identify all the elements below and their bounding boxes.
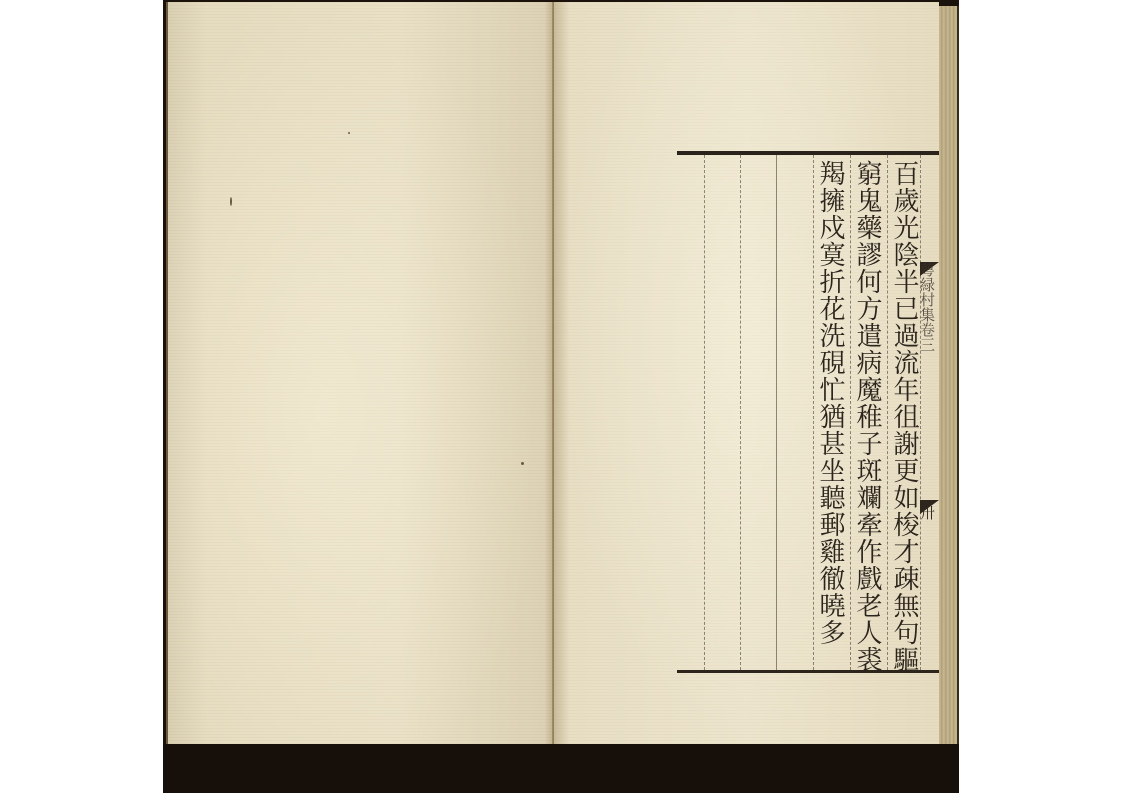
- text-column-2: 窮鬼藥謬何方遣病魔稚子斑斕牽作戲老人裘: [850, 160, 884, 673]
- text-column-3: 羯擁戍寞折花洗硯忙猶甚坐聽郵雞徹曉多: [813, 160, 847, 646]
- margin-page-number: 卅: [918, 505, 936, 520]
- left-page: [166, 2, 556, 744]
- frame-top-border: [677, 151, 939, 155]
- column-rule: [740, 155, 742, 670]
- ink-speck: [521, 462, 524, 465]
- ink-speck: [348, 132, 350, 134]
- column-rule: [704, 155, 706, 670]
- book-scan: 百歲光陰半已過流年徂謝更如梭才疎無句驅 窮鬼藥謬何方遣病魔稚子斑斕牽作戲老人裘 …: [163, 0, 959, 793]
- margin-book-title: 萼緑村集卷三: [918, 262, 936, 352]
- page-stack-edge: [939, 6, 959, 744]
- column-rule: [776, 155, 778, 670]
- text-column-1: 百歲光陰半已過流年徂謝更如梭才疎無句驅: [887, 160, 921, 673]
- ink-speck: [230, 197, 232, 206]
- scan-background-strip: [163, 744, 959, 793]
